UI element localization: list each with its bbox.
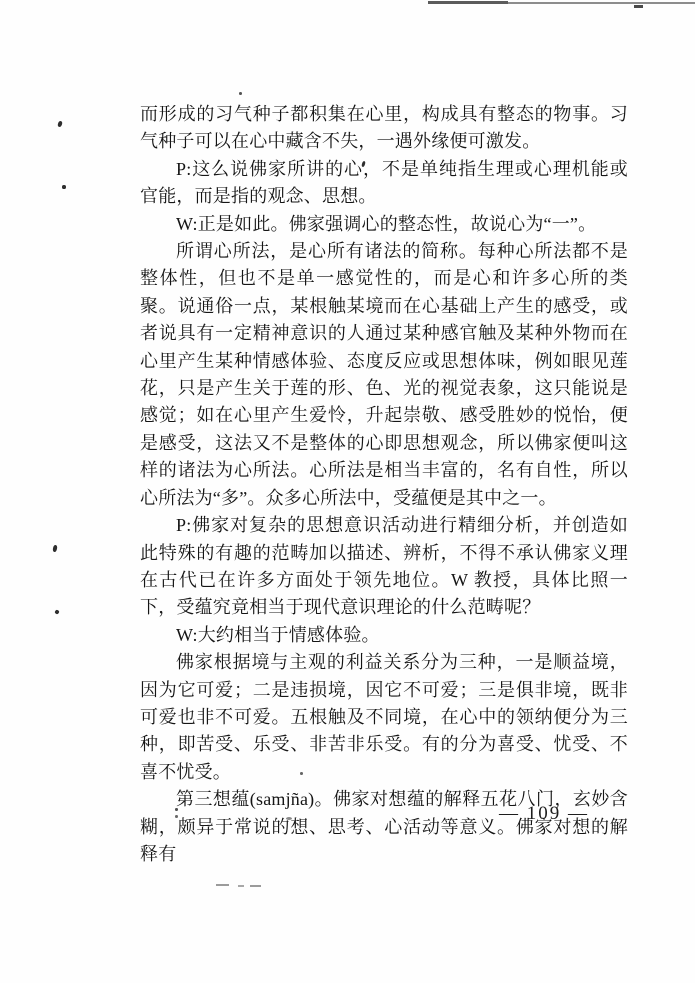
scan-edge-line xyxy=(428,1,508,4)
page-number: — 109 — xyxy=(499,803,589,825)
paragraph-dialogue-w: W:大约相当于情感体验。 xyxy=(140,622,628,649)
paragraph-continuation: 而形成的习气种子都积集在心里，构成具有整态的物事。习气种子可以在心中藏含不失，一… xyxy=(140,101,628,156)
paragraph-three-realms: 佛家根据境与主观的利益关系分为三种，一是顺益境，因为它可爱；二是违损境，因它不可… xyxy=(140,649,628,786)
ink-speck xyxy=(52,545,57,553)
paragraph-dialogue-p: P:这么说佛家所讲的心，不是单纯指生理或心理机能或官能，而是指的观念、思想。 xyxy=(140,156,628,211)
paragraph-xinsuofa: 所谓心所法，是心所有诸法的简称。每种心所法都不是整体性，但也不是单一感觉性的，而… xyxy=(140,238,628,512)
book-page: 而形成的习气种子都积集在心里，构成具有整态的物事。习气种子可以在心中藏含不失，一… xyxy=(0,0,695,983)
ink-speck xyxy=(62,185,66,189)
body-text: 而形成的习气种子都积集在心里，构成具有整态的物事。习气种子可以在心中藏含不失，一… xyxy=(140,101,628,868)
pencil-dash-mark xyxy=(216,884,229,886)
scan-edge-line xyxy=(508,2,695,4)
ink-speck xyxy=(239,92,242,95)
pencil-dash-mark xyxy=(250,885,261,887)
pencil-dash-mark xyxy=(238,885,244,887)
ink-speck xyxy=(57,120,63,127)
paragraph-sanjna: 第三想蕴(samjña)。佛家对想蕴的解释五花八门，玄妙含糊，颇异于常说的想、思… xyxy=(140,786,628,868)
ink-speck xyxy=(175,815,178,818)
paragraph-dialogue-w: W:正是如此。佛家强调心的整态性，故说心为“一”。 xyxy=(140,211,628,238)
scan-edge-tick xyxy=(634,5,643,8)
paragraph-dialogue-p: P:佛家对复杂的思想意识活动进行精细分析，并创造如此特殊的有趣的范畴加以描述、辨… xyxy=(140,512,628,622)
ink-speck xyxy=(300,772,303,775)
ink-speck xyxy=(286,817,292,820)
ink-speck xyxy=(175,808,178,811)
ink-speck xyxy=(54,609,59,614)
